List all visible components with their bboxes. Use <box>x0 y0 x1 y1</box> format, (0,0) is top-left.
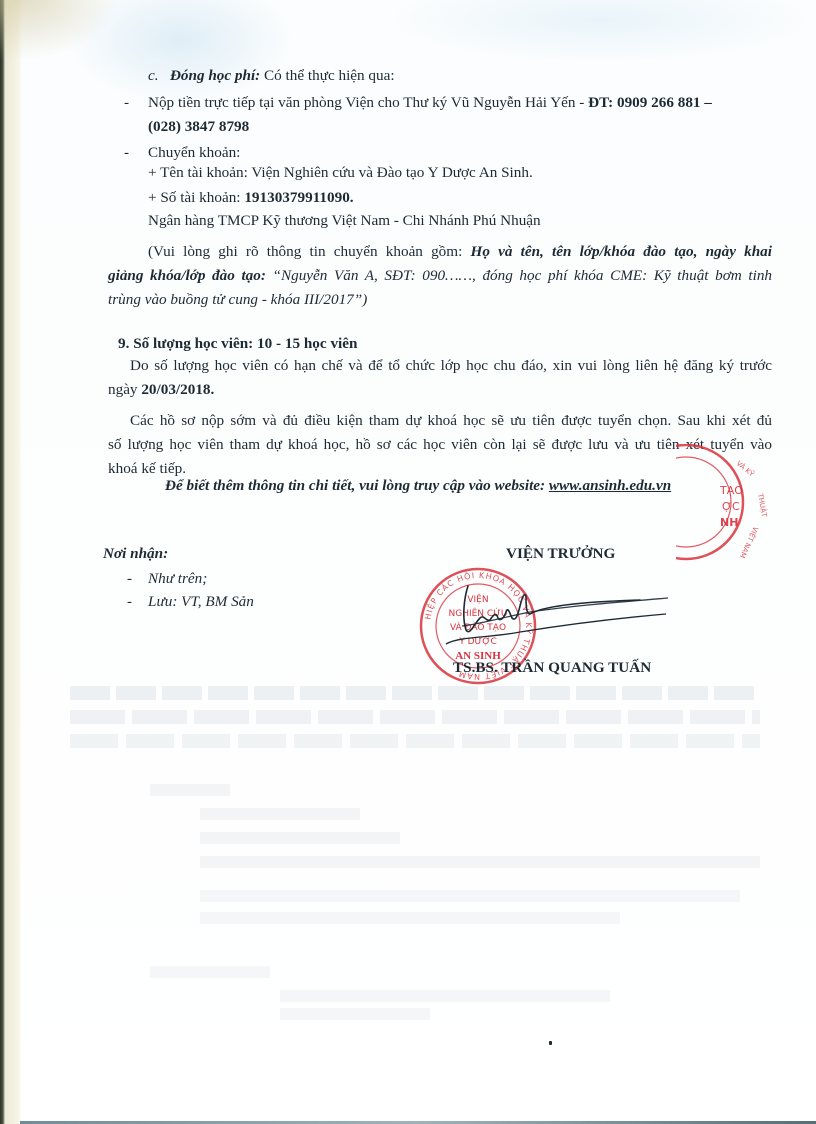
section-9-paragraph1-line2: ngày 20/03/2018. <box>108 381 214 399</box>
bleed-through-text <box>200 832 400 844</box>
bullet-dash: - <box>124 94 129 112</box>
recipients-title: Nơi nhận: <box>103 545 168 563</box>
transfer-note-line1: (Vui lòng ghi rõ thông tin chuyển khoản … <box>148 243 772 261</box>
account-name: + Tên tài khoản: Viện Nghiên cứu và Đào … <box>148 164 533 182</box>
svg-text:TẠO: TẠO <box>719 484 743 497</box>
recipient-item: Như trên; <box>148 570 207 588</box>
scan-left-edge <box>0 0 22 1124</box>
signatory-name: TS.BS. TRẦN QUANG TUẤN <box>453 659 651 677</box>
phone-number: ĐT: 0909 266 881 – <box>588 94 712 111</box>
bleed-through-text <box>70 686 760 700</box>
office-phone: (028) 3847 8798 <box>148 118 249 136</box>
svg-text:THUẬT: THUẬT <box>756 492 769 519</box>
handwritten-signature <box>440 578 670 658</box>
recipient-item: Lưu: VT, BM Sản <box>148 593 254 611</box>
section-9-heading: 9. Số lượng học viên: 10 - 15 học viên <box>118 335 357 353</box>
bleed-through-text <box>150 784 230 796</box>
section-9-paragraph2-line2: số lượng học viên tham dự khoá học, hồ s… <box>108 436 772 454</box>
bullet-dash: - <box>124 144 129 162</box>
account-number: 19130379911090. <box>244 189 353 206</box>
payment-heading: c. Đóng học phí: Có thể thực hiện qua: <box>148 67 395 85</box>
section-9-paragraph1-line1: Do số lượng học viên có hạn chế và để tổ… <box>130 357 772 375</box>
bank-name: Ngân hàng TMCP Kỹ thương Việt Nam - Chi … <box>148 212 541 230</box>
bleed-through-text <box>200 912 620 924</box>
svg-text:VIỆT NAM: VIỆT NAM <box>738 525 760 559</box>
section-9-paragraph2-line3: khoá kế tiếp. <box>108 460 186 478</box>
bleed-through-text <box>200 890 740 902</box>
bleed-through-text <box>200 808 360 820</box>
transfer-label: Chuyển khoản: <box>148 144 240 162</box>
bleed-through-text <box>280 1008 430 1020</box>
transfer-note-line2: giảng khóa/lớp đào tạo: “Nguyễn Văn A, S… <box>108 267 772 285</box>
direct-payment-line: Nộp tiền trực tiếp tại văn phòng Viện ch… <box>148 94 712 112</box>
website-info: Để biết thêm thông tin chi tiết, vui lòn… <box>165 477 671 495</box>
bullet-dash: - <box>127 570 132 588</box>
bleed-through-text <box>70 734 760 748</box>
svg-text:NH: NH <box>720 516 738 529</box>
bleed-through-text <box>70 710 760 724</box>
paper-stain <box>0 0 120 60</box>
bleed-through-text <box>150 966 270 978</box>
payment-heading-title: Đóng học phí: <box>170 67 260 84</box>
partial-seal-stamp: TẠO ỢC NH VÀ KỸ THUẬT VIỆT NAM <box>676 444 776 564</box>
bleed-through-text <box>280 990 610 1002</box>
account-number-line: + Số tài khoản: 19130379911090. <box>148 189 354 207</box>
section-9-paragraph2-line1: Các hồ sơ nộp sớm và đủ điều kiện tham d… <box>130 412 772 430</box>
signatory-title: VIỆN TRƯỞNG <box>506 545 615 563</box>
website-link[interactable]: www.ansinh.edu.vn <box>549 477 671 494</box>
scan-speck <box>549 1041 552 1045</box>
registration-deadline: 20/03/2018. <box>141 381 214 398</box>
transfer-note-line3: trùng vào buồng tử cung - khóa III/2017”… <box>108 291 367 309</box>
bullet-dash: - <box>127 593 132 611</box>
bleed-through-text <box>200 856 760 868</box>
svg-text:ỢC: ỢC <box>722 500 740 513</box>
